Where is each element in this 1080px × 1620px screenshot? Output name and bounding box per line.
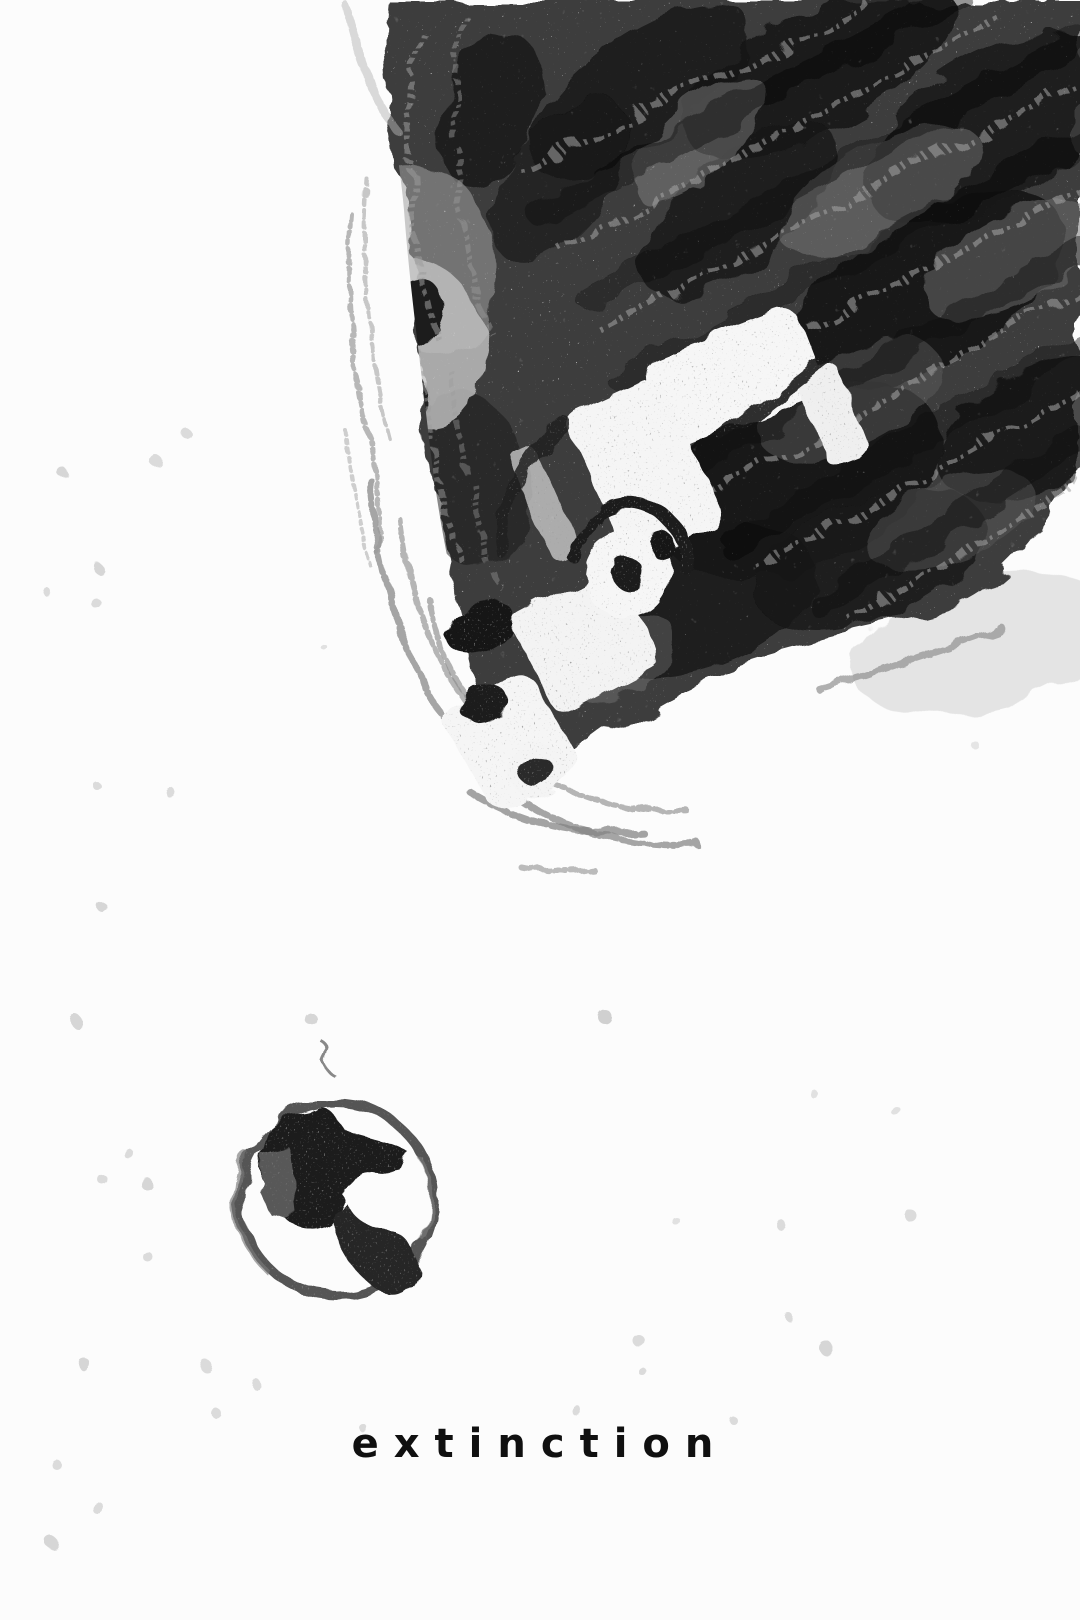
speckle	[43, 588, 51, 596]
speckle	[729, 1416, 737, 1424]
speckle	[890, 1105, 900, 1115]
speckle	[319, 642, 325, 648]
speckle	[123, 1148, 133, 1158]
speckle	[140, 1177, 152, 1189]
speckle	[632, 1334, 644, 1346]
artwork-canvas: extinction	[0, 0, 1080, 1620]
left-trail-line	[365, 180, 390, 440]
speckle	[304, 1012, 316, 1024]
speckle	[57, 467, 67, 477]
speckle	[95, 784, 103, 792]
speckle	[95, 565, 105, 575]
speckle	[98, 1175, 108, 1185]
truck-wheel-hub	[611, 559, 645, 589]
speckle	[671, 1216, 679, 1224]
caption: extinction	[0, 1424, 1080, 1464]
speckle	[250, 1378, 260, 1388]
speckle	[165, 787, 175, 797]
speckle	[598, 1010, 612, 1024]
speckle	[213, 1410, 223, 1420]
truck-front-wheel	[520, 755, 554, 789]
speckle	[143, 1252, 153, 1262]
speckle	[573, 1407, 583, 1417]
speckle	[79, 1359, 91, 1371]
speckle	[783, 1311, 791, 1319]
speckle	[811, 1091, 819, 1099]
speckle	[180, 427, 190, 437]
earth-illustration	[236, 1042, 432, 1295]
speckle	[71, 1016, 83, 1028]
trail-arc	[520, 866, 592, 870]
speckle	[90, 597, 100, 607]
speckle	[98, 903, 108, 913]
speckle	[639, 1368, 647, 1376]
speckle	[92, 1502, 104, 1514]
left-trail-line	[345, 430, 370, 565]
continent-south-america	[330, 1205, 416, 1293]
speckle	[818, 1340, 832, 1354]
earth-squiggle	[322, 1042, 333, 1074]
speckle	[201, 1361, 213, 1373]
speckle	[149, 454, 161, 466]
truck-tire-knot	[647, 530, 673, 556]
speckle	[904, 1209, 916, 1221]
illustration	[0, 0, 1080, 1620]
speckle	[46, 1537, 58, 1549]
speckle	[971, 741, 979, 749]
speckle	[778, 1222, 788, 1232]
